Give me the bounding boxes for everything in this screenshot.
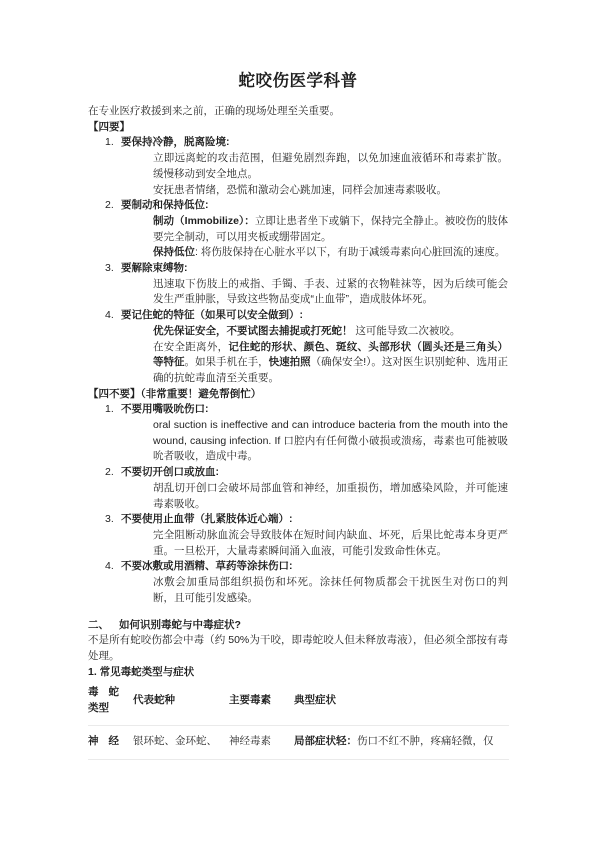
list-number: 2. bbox=[105, 198, 121, 214]
list-item-head: 1. 不要用嘴吸吮伤口: bbox=[88, 402, 508, 418]
list-item: 2. 不要切开创口或放血: 胡乱切开创口会破坏局部血管和神经，加重损伤，增加感染… bbox=[88, 465, 508, 512]
text-run: 迅速取下伤肢上的戒指、手镯、手表、过紧的衣物鞋袜等，因为后续可能会发生严重肿胀，… bbox=[153, 278, 508, 306]
page-title: 蛇咬伤医学科普 bbox=[88, 69, 508, 93]
list-item: 3. 要解除束缚物: 迅速取下伤肢上的戒指、手镯、手表、过紧的衣物鞋袜等，因为后… bbox=[88, 261, 508, 308]
list-item-body: oral suction is ineffective and can intr… bbox=[153, 418, 508, 465]
section-dos-heading: 【四要】 bbox=[88, 120, 508, 136]
list-item: 1. 要保持冷静，脱离险境: 立即远离蛇的攻击范围，但避免剧烈奔跑，以免加速血液… bbox=[88, 135, 508, 198]
section-two-heading: 二、如何识别毒蛇与中毒症状? bbox=[88, 618, 508, 634]
list-number: 4. bbox=[105, 559, 121, 575]
list-number: 1. bbox=[105, 402, 121, 418]
text-run: 快速拍照 bbox=[269, 356, 311, 368]
text-run: 冰敷会加重局部组织损伤和坏死。涂抹任何物质都会干扰医生对伤口的判断，且可能引发感… bbox=[153, 576, 508, 604]
list-item-head: 4. 要记住蛇的特征（如果可以安全做到）: bbox=[88, 308, 508, 324]
paragraph: 制动（Immobilize）：立即让患者坐下或躺下，保持完全静止。被咬伤的肢体要… bbox=[153, 214, 508, 245]
section-donts-heading: 【四不要】（非常重要！避免帮倒忙） bbox=[88, 387, 508, 403]
list-item-head: 2. 要制动和保持低位: bbox=[88, 198, 508, 214]
list-item-title: 不要使用止血带（扎紧肢体近心端）: bbox=[121, 512, 508, 528]
list-number: 3. bbox=[105, 512, 121, 528]
list-item: 4. 要记住蛇的特征（如果可以安全做到）: 优先保证安全，不要试图去捕捉或打死蛇… bbox=[88, 308, 508, 387]
list-item-body: 立即远离蛇的攻击范围，但避免剧烈奔跑，以免加速血液循环和毒素扩散。缓慢移动到安全… bbox=[153, 151, 508, 198]
table-header-row: 毒蛇类型 代表蛇种 主要毒素 典型症状 bbox=[88, 684, 509, 725]
text-run: 这可能导致二次被咬。 bbox=[353, 325, 461, 337]
section-two-number: 二、 bbox=[88, 618, 109, 634]
list-item: 1. 不要用嘴吸吮伤口: oral suction is ineffective… bbox=[88, 402, 508, 465]
paragraph: 立即远离蛇的攻击范围，但避免剧烈奔跑，以免加速血液循环和毒素扩散。缓慢移动到安全… bbox=[153, 151, 508, 182]
list-item-title: 不要用嘴吸吮伤口: bbox=[121, 402, 508, 418]
list-item-body: 优先保证安全，不要试图去捕捉或打死蛇！ 这可能导致二次被咬。 在安全距离外，记住… bbox=[153, 324, 508, 387]
list-item-title: 要解除束缚物: bbox=[121, 261, 508, 277]
list-item-head: 3. 不要使用止血带（扎紧肢体近心端）: bbox=[88, 512, 508, 528]
text-run: 制动（Immobilize）： bbox=[153, 215, 255, 227]
list-number: 1. bbox=[105, 135, 121, 151]
text-run: 优先保证安全，不要试图去捕捉或打死蛇！ bbox=[153, 325, 353, 337]
text-run: 胡乱切开创口会破坏局部血管和神经，加重损伤，增加感染风险，并可能速毒素吸收。 bbox=[153, 482, 508, 510]
paragraph: 胡乱切开创口会破坏局部血管和神经，加重损伤，增加感染风险，并可能速毒素吸收。 bbox=[153, 481, 508, 512]
cell-type: 神经 bbox=[88, 725, 133, 760]
paragraph: 安抚患者情绪，恐慌和激动会心跳加速，同样会加速毒素吸收。 bbox=[153, 183, 508, 199]
list-item-title: 要记住蛇的特征（如果可以安全做到）: bbox=[121, 308, 508, 324]
list-item-head: 4. 不要冰敷或用酒精、草药等涂抹伤口: bbox=[88, 559, 508, 575]
text-run: 。如果手机在手， bbox=[185, 356, 269, 368]
text-run: 在安全距离外， bbox=[153, 341, 228, 353]
cell-symptoms: 局部症状轻：伤口不红不肿，疼痛轻微，仅 bbox=[294, 725, 509, 760]
cell-species: 银环蛇、金环蛇、 bbox=[133, 725, 229, 760]
list-item-body: 制动（Immobilize）：立即让患者坐下或躺下，保持完全静止。被咬伤的肢体要… bbox=[153, 214, 508, 261]
list-item-title: 要保持冷静，脱离险境: bbox=[121, 135, 508, 151]
text-run: 完全阻断动脉血流会导致肢体在短时间内缺血、坏死，后果比蛇毒本身更严重。一旦松开，… bbox=[153, 529, 508, 557]
list-number: 4. bbox=[105, 308, 121, 324]
list-item-body: 胡乱切开创口会破坏局部血管和神经，加重损伤，增加感染风险，并可能速毒素吸收。 bbox=[153, 481, 508, 512]
paragraph: 冰敷会加重局部组织损伤和坏死。涂抹任何物质都会干扰医生对伤口的判断，且可能引发感… bbox=[153, 575, 508, 606]
document-page: 蛇咬伤医学科普 在专业医疗救援到来之前，正确的现场处理至关重要。 【四要】 1.… bbox=[0, 0, 595, 841]
text-run: 伤口不红不肿，疼痛轻微，仅 bbox=[357, 735, 494, 747]
column-header-species: 代表蛇种 bbox=[133, 684, 229, 725]
paragraph: oral suction is ineffective and can intr… bbox=[153, 418, 508, 465]
text-run: 保持低位 bbox=[153, 246, 195, 258]
section-two-paragraph: 不是所有蛇咬伤都会中毒（约 50%为干咬，即毒蛇咬人但未释放毒液），但必须全部按… bbox=[88, 633, 508, 664]
column-header-symptoms: 典型症状 bbox=[294, 684, 509, 725]
text-run: 立即远离蛇的攻击范围，但避免剧烈奔跑，以免加速血液循环和毒素扩散。缓慢移动到安全… bbox=[153, 152, 508, 180]
list-item: 4. 不要冰敷或用酒精、草药等涂抹伤口: 冰敷会加重局部组织损伤和坏死。涂抹任何… bbox=[88, 559, 508, 606]
paragraph: 迅速取下伤肢上的戒指、手镯、手表、过紧的衣物鞋袜等，因为后续可能会发生严重肿胀，… bbox=[153, 277, 508, 308]
cell-toxin: 神经毒素 bbox=[229, 725, 294, 760]
list-item-head: 2. 不要切开创口或放血: bbox=[88, 465, 508, 481]
list-item: 2. 要制动和保持低位: 制动（Immobilize）：立即让患者坐下或躺下，保… bbox=[88, 198, 508, 261]
intro-paragraph: 在专业医疗救援到来之前，正确的现场处理至关重要。 bbox=[88, 104, 508, 120]
text-run: oral suction is ineffective and can intr… bbox=[153, 419, 508, 462]
list-item-title: 不要切开创口或放血: bbox=[121, 465, 508, 481]
text-run: : 将伤肢保持在心脏水平以下，有助于减缓毒素向心脏回流的速度。 bbox=[195, 246, 505, 258]
paragraph: 在安全距离外，记住蛇的形状、颜色、斑纹、头部形状（圆头还是三角头）等特征。如果手… bbox=[153, 340, 508, 387]
list-item-head: 1. 要保持冷静，脱离险境: bbox=[88, 135, 508, 151]
list-item-head: 3. 要解除束缚物: bbox=[88, 261, 508, 277]
subsection-heading: 1. 常见毒蛇类型与症状 bbox=[88, 665, 508, 681]
paragraph: 优先保证安全，不要试图去捕捉或打死蛇！ 这可能导致二次被咬。 bbox=[153, 324, 508, 340]
list-item-title: 要制动和保持低位: bbox=[121, 198, 508, 214]
text-run: 安抚患者情绪，恐慌和激动会心跳加速，同样会加速毒素吸收。 bbox=[153, 184, 447, 196]
text-run: 局部症状轻： bbox=[294, 735, 357, 747]
paragraph: 保持低位: 将伤肢保持在心脏水平以下，有助于减缓毒素向心脏回流的速度。 bbox=[153, 245, 508, 261]
list-item-body: 冰敷会加重局部组织损伤和坏死。涂抹任何物质都会干扰医生对伤口的判断，且可能引发感… bbox=[153, 575, 508, 606]
list-number: 2. bbox=[105, 465, 121, 481]
table-row: 神经 银环蛇、金环蛇、 神经毒素 局部症状轻：伤口不红不肿，疼痛轻微，仅 bbox=[88, 725, 509, 760]
column-header-toxin: 主要毒素 bbox=[229, 684, 294, 725]
snake-type-table: 毒蛇类型 代表蛇种 主要毒素 典型症状 神经 银环蛇、金环蛇、 神经毒素 局部症… bbox=[88, 684, 509, 760]
paragraph: 完全阻断动脉血流会导致肢体在短时间内缺血、坏死，后果比蛇毒本身更严重。一旦松开，… bbox=[153, 528, 508, 559]
list-item-body: 完全阻断动脉血流会导致肢体在短时间内缺血、坏死，后果比蛇毒本身更严重。一旦松开，… bbox=[153, 528, 508, 559]
list-item-title: 不要冰敷或用酒精、草药等涂抹伤口: bbox=[121, 559, 508, 575]
list-number: 3. bbox=[105, 261, 121, 277]
column-header-type: 毒蛇类型 bbox=[88, 684, 133, 725]
section-two-title: 如何识别毒蛇与中毒症状? bbox=[119, 619, 241, 631]
list-item: 3. 不要使用止血带（扎紧肢体近心端）: 完全阻断动脉血流会导致肢体在短时间内缺… bbox=[88, 512, 508, 559]
list-item-body: 迅速取下伤肢上的戒指、手镯、手表、过紧的衣物鞋袜等，因为后续可能会发生严重肿胀，… bbox=[153, 277, 508, 308]
